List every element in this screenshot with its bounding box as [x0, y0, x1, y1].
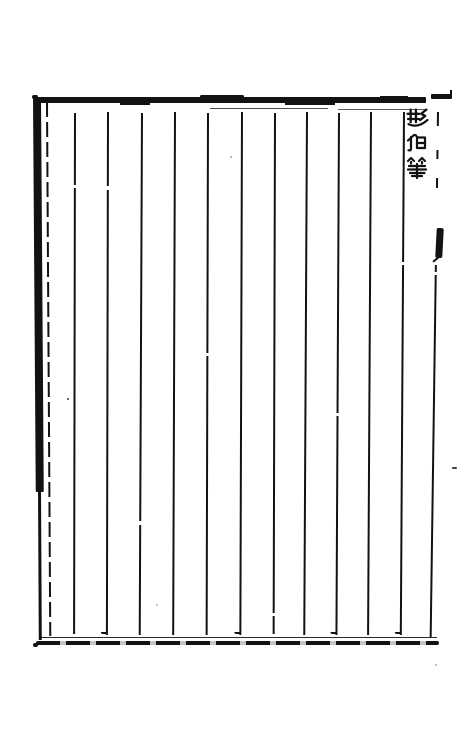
mirrored-bi-icon	[404, 156, 430, 180]
title-character-glyph-2: 伯	[405, 132, 429, 154]
title-character-glyph-1: 廷	[405, 107, 431, 130]
column-line	[335, 113, 340, 635]
column-line	[367, 112, 372, 635]
speckle	[435, 664, 437, 666]
column-line	[400, 112, 405, 635]
column-line	[303, 112, 308, 635]
mirrored-bo-icon	[405, 132, 429, 154]
column-line	[272, 113, 275, 634]
title-column: 廷 伯 筆	[402, 105, 434, 187]
column-line	[138, 113, 142, 635]
column-line	[106, 112, 109, 635]
speckle-dash	[452, 467, 457, 469]
scanned-page: 廷 伯 筆	[0, 0, 475, 750]
page-frame: 廷 伯 筆	[0, 0, 475, 750]
column-line	[206, 113, 209, 635]
title-character-glyph-3: 筆	[404, 156, 430, 180]
speckle	[230, 156, 232, 158]
mirrored-ting-icon	[405, 107, 431, 130]
column-line	[239, 112, 243, 635]
speckle	[67, 398, 69, 400]
speckle	[156, 604, 158, 606]
column-line	[172, 112, 176, 635]
column-line	[73, 113, 76, 634]
